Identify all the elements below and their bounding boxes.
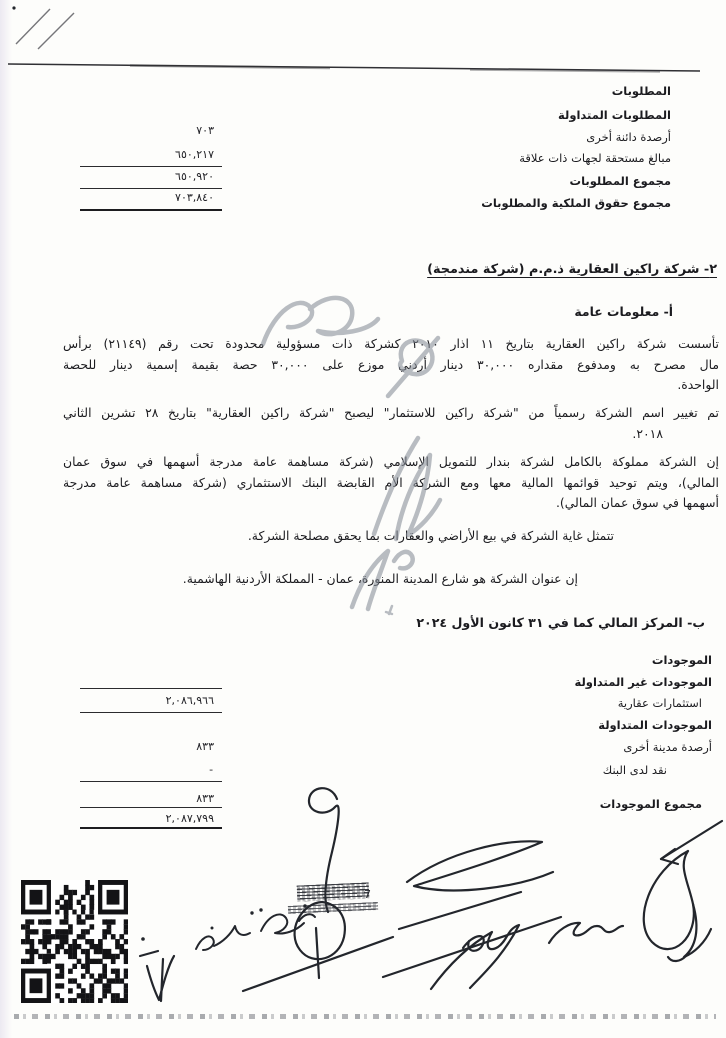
paragraph-ownership: إن الشركة مملوكة بالكامل لشركة بندار للت…: [63, 452, 719, 514]
text-line: تأسست شركة راكين العقارية بتاريخ ١١ اذار…: [63, 334, 719, 355]
text-line: مال مصرح به ومدفوع مقداره ٣٠,٠٠٠ دينار أ…: [63, 355, 719, 376]
assets-row-label: أرصدة مدينة أخرى: [623, 740, 712, 754]
assets-row-amount: ٨٣٣: [80, 740, 214, 753]
signatures: [140, 788, 722, 1001]
section-heading-company: ٢- شركة راكين العقارية ذ.م.م (شركة مندمج…: [427, 262, 717, 277]
liabilities-row-label: أرصدة دائنة أخرى: [586, 130, 671, 144]
liabilities-row-amount: ٦٥٠,٩٢٠: [80, 170, 214, 183]
assets-row-label: مجموع الموجودات: [600, 797, 702, 811]
amount-rule: [80, 807, 222, 808]
scan-artifact-line: [8, 64, 700, 72]
amount-rule: [80, 688, 222, 689]
text-line: المالي)، ويتم توحيد قوائمها المالية معها…: [63, 473, 719, 494]
assets-row-amount: ٢,٠٨٦,٩٦٦: [80, 694, 214, 707]
text-line: أسهمها في سوق عمان المالي).: [63, 493, 719, 514]
assets-row-label: الموجودات: [652, 653, 712, 667]
scan-edge-shadow: [0, 0, 12, 1038]
assets-row-amount: ٨٣٣: [80, 792, 214, 805]
handwritten-name: [196, 914, 315, 950]
signature-left: [243, 788, 521, 991]
qr-code: [21, 880, 128, 1003]
assets-row-label: نقد لدى البنك: [603, 763, 667, 777]
checkmark-scribble: [140, 951, 174, 1001]
assets-row-amount: -: [80, 763, 214, 776]
amount-total-rule: [80, 827, 222, 829]
amount-total-rule: [80, 209, 222, 211]
corner-marks: [16, 9, 74, 49]
assets-row-label: الموجودات غير المتداولة: [575, 675, 712, 689]
signature-right: [644, 821, 722, 961]
paragraph-company-address: إن عنوان الشركة هو شارع المدينة المنورة،…: [183, 571, 578, 586]
verification-microtext-line: [14, 1014, 716, 1019]
liabilities-row-label: مبالغ مستحقة لجهات ذات علاقة: [519, 151, 671, 165]
paragraph-company-purpose: تتمثل غاية الشركة في بيع الأراضي والعقار…: [248, 528, 614, 543]
assets-row-label: الموجودات المتداولة: [598, 718, 712, 732]
paragraph-incorporation: تأسست شركة راكين العقارية بتاريخ ١١ اذار…: [63, 334, 719, 396]
liabilities-row-label: مجموع حقوق الملكية والمطلوبات: [481, 196, 671, 210]
amount-rule: [80, 188, 222, 189]
assets-row-amount: ٢,٠٨٧,٧٩٩: [80, 812, 214, 825]
liabilities-row-amount: ٧٠٣: [80, 124, 214, 137]
liabilities-row-label: مجموع المطلوبات: [570, 174, 671, 188]
amount-rule: [80, 712, 222, 713]
amount-rule: [80, 781, 222, 782]
signature-small: [549, 923, 623, 943]
text-line: إن الشركة مملوكة بالكامل لشركة بندار للت…: [63, 452, 719, 473]
liabilities-row-label: المطلوبات: [612, 84, 671, 98]
amount-rule: [80, 166, 222, 167]
subsection-heading-general-info: أ- معلومات عامة: [574, 304, 673, 319]
stamp-scribble: [297, 882, 370, 901]
signature-middle: [383, 841, 561, 989]
scanned-document-page: المطلوبات المطلوبات المتداولة أرصدة دائن…: [0, 0, 726, 1038]
section-heading-financial-position: ب- المركز المالي كما في ٣١ كانون الأول ٢…: [416, 615, 705, 630]
stamp-scribble: [288, 902, 378, 914]
liabilities-row-amount: ٦٥٠,٢١٧: [80, 148, 214, 161]
liabilities-row-amount: ٧٠٣,٨٤٠: [80, 191, 214, 204]
paragraph-name-change: تم تغيير اسم الشركة رسمياً من "شركة راكي…: [63, 403, 719, 444]
text-line: ٢٠١٨.: [63, 424, 663, 445]
text-line: الواحدة.: [63, 375, 719, 396]
text-line: تم تغيير اسم الشركة رسمياً من "شركة راكي…: [63, 403, 719, 424]
liabilities-row-label: المطلوبات المتداولة: [558, 108, 671, 122]
assets-row-label: استثمارات عقارية: [618, 696, 702, 710]
